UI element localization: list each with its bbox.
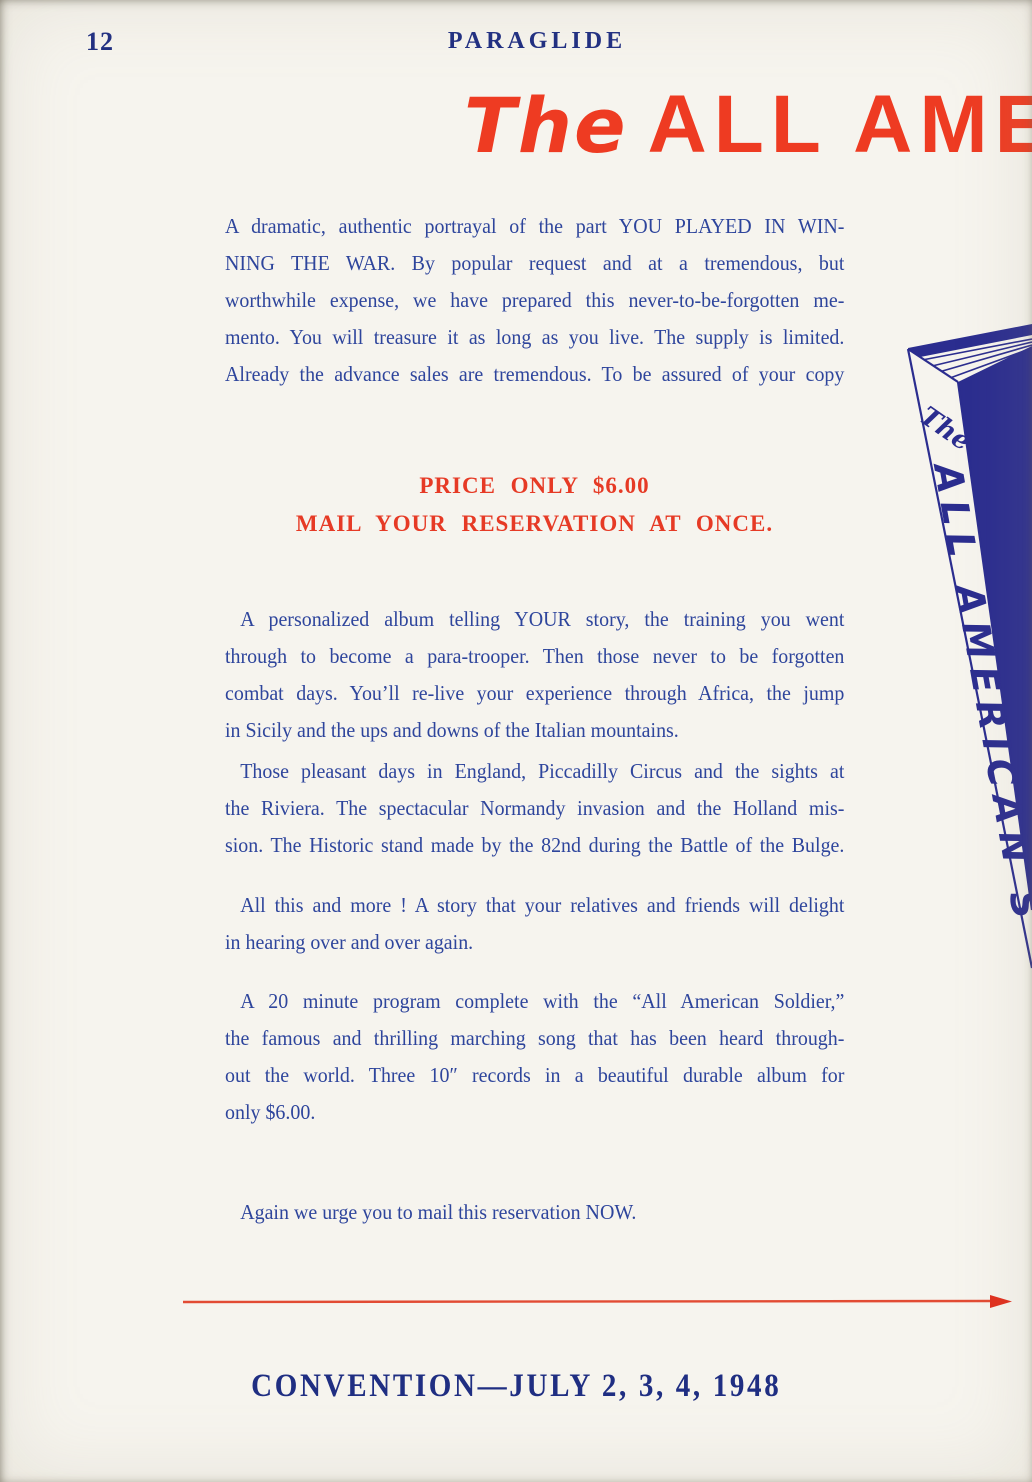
paragraph: A dramatic, authentic portrayal of the p… [225,208,844,393]
arrow-head-icon [990,1295,1012,1308]
text-line: combat days. You’ll re-live your experie… [225,675,844,712]
price-line: PRICE ONLY $6.00 [225,467,844,505]
text-line: through to become a para-trooper. Then t… [225,638,844,675]
paragraph: A 20 minute program complete with the “A… [225,983,844,1131]
paragraph: Again we urge you to mail this reservati… [225,1194,844,1231]
mail-reservation-line: MAIL YOUR RESERVATION AT ONCE. [225,505,844,543]
paragraph: Those pleasant days in England, Piccadil… [225,753,844,864]
text-line: mento. You will treasure it as long as y… [225,319,844,356]
article-title: TheALL AME [464,84,1032,189]
arrow-divider [180,1292,1020,1314]
text-line: worthwhile expense, we have prepared thi… [225,282,844,319]
arrow-line [183,1301,992,1302]
text-line: Those pleasant days in England, Piccadil… [225,753,844,790]
text-line: A dramatic, authentic portrayal of the p… [225,208,844,245]
text-line: NING THE WAR. By popular request and at … [225,245,844,282]
price-call-to-action: PRICE ONLY $6.00 MAIL YOUR RESERVATION A… [225,467,844,543]
album-book-illustration: The ALL AMERICAN S [852,318,1032,1018]
magazine-page: 12 PARAGLIDE TheALL AME A dramatic, auth… [0,0,1032,1482]
text-line: All this and more ! A story that your re… [225,887,844,924]
text-line: Already the advance sales are tremendous… [225,356,844,393]
article-title-main-text: ALL AME [648,79,1032,170]
article-title-script-word: The [464,81,628,170]
text-line: only $6.00. [225,1094,844,1131]
text-line: in hearing over and over again. [225,924,844,961]
text-line: the famous and thrilling marching song t… [225,1020,844,1057]
convention-footer: CONVENTION—JULY 2, 3, 4, 1948 [16,1368,1016,1404]
paragraph: All this and more ! A story that your re… [225,887,844,961]
paragraph: A personalized album telling YOUR story,… [225,601,844,749]
convention-date-text: CONVENTION—JULY 2, 3, 4, 1948 [251,1368,781,1404]
text-line: the Riviera. The spectacular Normandy in… [225,790,844,827]
text-line: A personalized album telling YOUR story,… [225,601,844,638]
text-line: sion. The Historic stand made by the 82n… [225,827,844,864]
text-line: out the world. Three 10″ records in a be… [225,1057,844,1094]
text-line: A 20 minute program complete with the “A… [225,983,844,1020]
masthead-title: PARAGLIDE [0,29,1032,53]
text-line: in Sicily and the ups and downs of the I… [225,712,844,749]
text-line: Again we urge you to mail this reservati… [225,1194,844,1231]
